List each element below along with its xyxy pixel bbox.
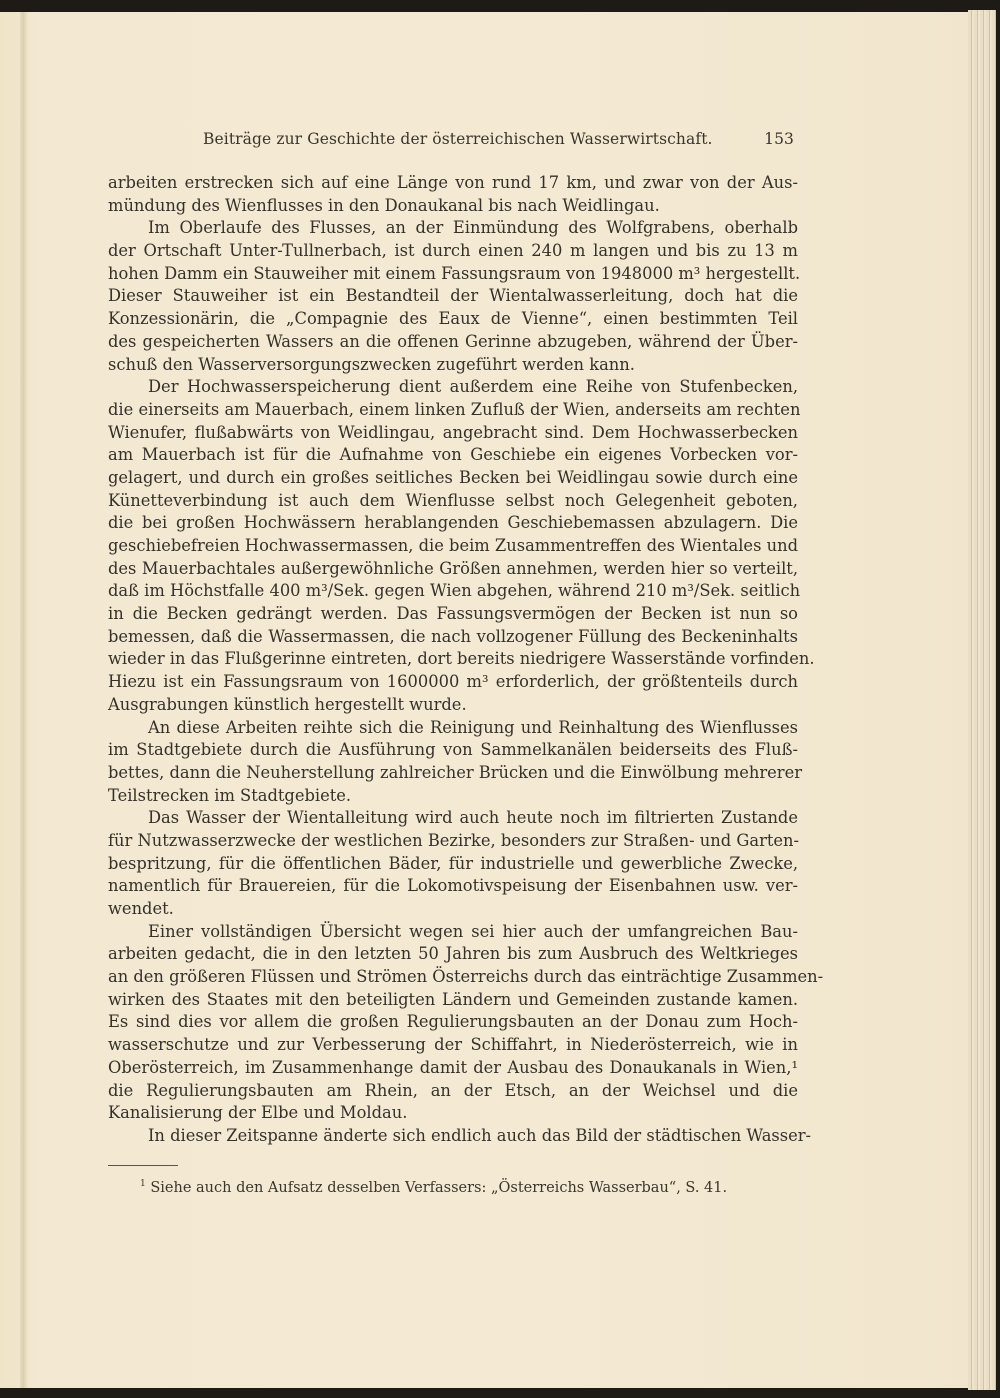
text-line: namentlich für Brauereien, für die Lokom… xyxy=(108,875,798,898)
text-line: Im Oberlaufe des Flusses, an der Einmünd… xyxy=(108,217,798,240)
text-line: Künetteverbindung ist auch dem Wienfluss… xyxy=(108,490,798,513)
text-line: arbeiten gedacht, die in den letzten 50 … xyxy=(108,943,798,966)
text-line: daß im Höchstfalle 400 m³/Sek. gegen Wie… xyxy=(108,580,798,603)
text-line: Konzessionärin, die „Compagnie des Eaux … xyxy=(108,308,798,331)
text-line: für Nutzwasserzwecke der westlichen Bezi… xyxy=(108,830,798,853)
paragraph: arbeiten erstrecken sich auf eine Länge … xyxy=(108,172,798,217)
text-line: geschiebefreien Hochwassermassen, die be… xyxy=(108,535,798,558)
text-line: mündung des Wienflusses in den Donaukana… xyxy=(108,195,798,218)
text-line: die Regulierungsbauten am Rhein, an der … xyxy=(108,1080,798,1103)
text-line: des gespeicherten Wassers an die offenen… xyxy=(108,331,798,354)
text-line: Oberösterreich, im Zusammenhange damit d… xyxy=(108,1057,798,1080)
text-line: im Stadtgebiete durch die Ausführung von… xyxy=(108,739,798,762)
text-line: An diese Arbeiten reihte sich die Reinig… xyxy=(108,717,798,740)
text-line: In dieser Zeitspanne änderte sich endlic… xyxy=(108,1125,798,1148)
text-line: wieder in das Flußgerinne eintreten, dor… xyxy=(108,648,798,671)
text-line: Kanalisierung der Elbe und Moldau. xyxy=(108,1102,798,1125)
text-line: am Mauerbach ist für die Aufnahme von Ge… xyxy=(108,444,798,467)
paragraph: Einer vollständigen Übersicht wegen sei … xyxy=(108,921,798,1125)
paragraph: Im Oberlaufe des Flusses, an der Einmünd… xyxy=(108,217,798,376)
text-line: Einer vollständigen Übersicht wegen sei … xyxy=(108,921,798,944)
text-line: Teilstrecken im Stadtgebiete. xyxy=(108,785,798,808)
body-text: arbeiten erstrecken sich auf eine Länge … xyxy=(108,172,798,1148)
text-line: wasserschutze und zur Verbesserung der S… xyxy=(108,1034,798,1057)
running-header: Beiträge zur Geschichte der österreichis… xyxy=(108,130,798,152)
text-line: Hiezu ist ein Fassungsraum von 1600000 m… xyxy=(108,671,798,694)
footnote: 1 Siehe auch den Aufsatz desselben Verfa… xyxy=(108,1180,798,1196)
text-line: Wienufer, flußabwärts von Weidlingau, an… xyxy=(108,422,798,445)
text-line: der Ortschaft Unter-Tullnerbach, ist dur… xyxy=(108,240,798,263)
page-number: 153 xyxy=(764,130,794,148)
text-line: hohen Damm ein Stauweiher mit einem Fass… xyxy=(108,263,798,286)
footnote-marker: 1 xyxy=(140,1179,146,1189)
paragraph: Der Hochwasserspeicherung dient außerdem… xyxy=(108,376,798,716)
text-line: Es sind dies vor allem die großen Reguli… xyxy=(108,1011,798,1034)
text-line: wirken des Staates mit den beteiligten L… xyxy=(108,989,798,1012)
text-line: gelagert, und durch ein großes seitliche… xyxy=(108,467,798,490)
book-gutter xyxy=(20,12,28,1388)
text-line: schuß den Wasserversorgungszwecken zugef… xyxy=(108,354,798,377)
running-title: Beiträge zur Geschichte der österreichis… xyxy=(203,130,713,148)
text-line: Ausgrabungen künstlich hergestellt wurde… xyxy=(108,694,798,717)
text-line: die bei großen Hochwässern herablangende… xyxy=(108,512,798,535)
text-line: Dieser Stauweiher ist ein Bestandteil de… xyxy=(108,285,798,308)
text-line: bespritzung, für die öffentlichen Bäder,… xyxy=(108,853,798,876)
text-line: bemessen, daß die Wassermassen, die nach… xyxy=(108,626,798,649)
text-line: Das Wasser der Wientalleitung wird auch … xyxy=(108,807,798,830)
background-edge xyxy=(996,0,1000,1398)
text-line: des Mauerbachtales außergewöhnliche Größ… xyxy=(108,558,798,581)
paragraph: In dieser Zeitspanne änderte sich endlic… xyxy=(108,1125,798,1148)
text-line: in die Becken gedrängt werden. Das Fassu… xyxy=(108,603,798,626)
text-line: die einerseits am Mauerbach, einem linke… xyxy=(108,399,798,422)
paragraph: An diese Arbeiten reihte sich die Reinig… xyxy=(108,717,798,808)
footnote-text: Siehe auch den Aufsatz desselben Verfass… xyxy=(150,1180,727,1196)
text-line: wendet. xyxy=(108,898,798,921)
text-line: arbeiten erstrecken sich auf eine Länge … xyxy=(108,172,798,195)
text-line: an den größeren Flüssen und Strömen Öste… xyxy=(108,966,798,989)
footnote-rule xyxy=(108,1165,178,1166)
paragraph: Das Wasser der Wientalleitung wird auch … xyxy=(108,807,798,920)
text-line: bettes, dann die Neuherstellung zahlreic… xyxy=(108,762,798,785)
text-line: Der Hochwasserspeicherung dient außerdem… xyxy=(108,376,798,399)
